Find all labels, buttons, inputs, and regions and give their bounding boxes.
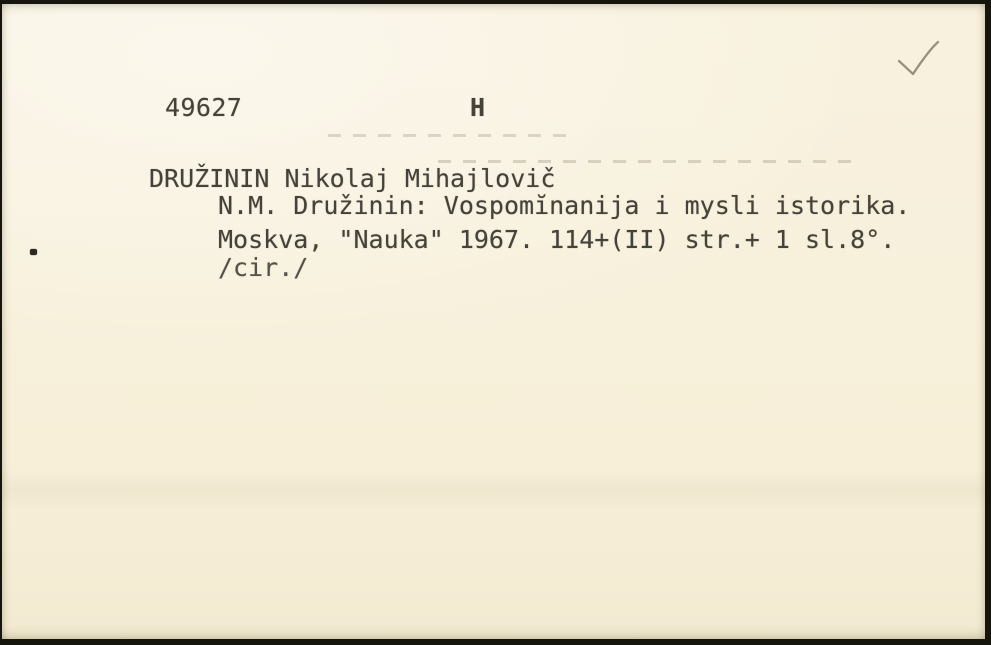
call-number: 49627 — [165, 95, 242, 120]
title-line: N.M. Družinin: Vospomĭnanija i mysli ist… — [218, 193, 910, 218]
script-note: /cir./ — [218, 255, 308, 280]
pencil-checkmark-icon — [893, 37, 945, 83]
ink-dot — [30, 249, 37, 255]
catalog-card — [2, 4, 985, 639]
author-line: DRUŽININ Nikolaj Mihajlovič — [149, 166, 555, 191]
imprint-line: Moskva, "Nauka" 1967. 114+(II) str.+ 1 s… — [218, 227, 895, 252]
section-letter: H — [470, 95, 485, 120]
catalog-card-scan: 49627 H DRUŽININ Nikolaj Mihajlovič N.M.… — [0, 0, 991, 645]
